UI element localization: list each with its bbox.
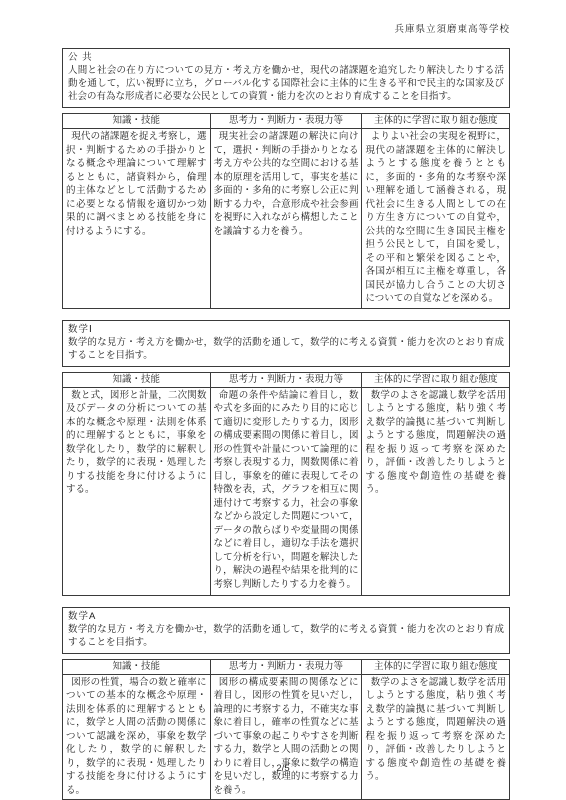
subject-title: 数学A	[68, 610, 504, 623]
cell-knowledge-skills: 数と式，図形と計量，二次関数及びデータの分析についての基本的な概念や原理・法則を…	[63, 387, 211, 595]
column-header-knowledge-skills: 知識・技能	[63, 659, 211, 674]
column-header-thinking-judgment-expression: 思考力・判断力・表現力等	[210, 659, 362, 674]
subject-title: 公 共	[68, 51, 504, 64]
table-row: 現代の諸課題を捉え考察し，選択・判断するための手掛かりとなる概念や理論について理…	[63, 129, 510, 309]
column-header-knowledge-skills: 知識・技能	[63, 114, 211, 129]
table-header-row: 知識・技能 思考力・判断力・表現力等 主体的に学習に取り組む態度	[63, 114, 510, 129]
page-number: 2/5	[0, 763, 566, 774]
subject-intro-box: 数学A 数学的な見方・考え方を働かせ，数学的活動を通して，数学的に考える資質・能…	[62, 607, 510, 654]
column-header-thinking-judgment-expression: 思考力・判断力・表現力等	[210, 372, 362, 387]
cell-attitude: 数学のよさを認識し数学を活用しようとする態度，粘り強く考え数学的論拠に基づいて判…	[362, 674, 510, 800]
column-header-attitude: 主体的に学習に取り組む態度	[362, 372, 510, 387]
subject-title: 数学Ⅰ	[68, 323, 504, 336]
competency-table: 知識・技能 思考力・判断力・表現力等 主体的に学習に取り組む態度 図形の性質，場…	[62, 659, 510, 800]
school-name: 兵庫県立須磨東高等学校	[62, 24, 510, 36]
column-header-attitude: 主体的に学習に取り組む態度	[362, 114, 510, 129]
document-page: 兵庫県立須磨東高等学校 公 共 人間と社会の在り方についての見方・考え方を働かせ…	[0, 0, 566, 800]
subject-intro: 人間と社会の在り方についての見方・考え方を働かせ，現代の諸課題を追究したり解決し…	[68, 64, 504, 103]
subject-intro: 数学的な見方・考え方を働かせ，数学的活動を通して，数学的に考える資質・能力を次の…	[68, 336, 504, 362]
table-header-row: 知識・技能 思考力・判断力・表現力等 主体的に学習に取り組む態度	[63, 659, 510, 674]
subject-section-civics: 公 共 人間と社会の在り方についての見方・考え方を働かせ，現代の諸課題を追究した…	[62, 48, 510, 309]
cell-knowledge-skills: 図形の性質，場合の数と確率についての基本的な概念や原理・法則を体系的に理解すると…	[63, 674, 211, 800]
cell-thinking-judgment-expression: 命題の条件や結論に着目し，数や式を多面的にみたり目的に応じて適切に変形したりする…	[210, 387, 362, 595]
cell-knowledge-skills: 現代の諸課題を捉え考察し，選択・判断するための手掛かりとなる概念や理論について理…	[63, 129, 211, 309]
subject-intro: 数学的な見方・考え方を働かせ，数学的活動を通して，数学的に考える資質・能力を次の…	[68, 623, 504, 649]
competency-table: 知識・技能 思考力・判断力・表現力等 主体的に学習に取り組む態度 現代の諸課題を…	[62, 113, 510, 309]
cell-thinking-judgment-expression: 現実社会の諸課題の解決に向けて，選択・判断の手掛かりとなる考え方や公共的な空間に…	[210, 129, 362, 309]
subject-section-math1: 数学Ⅰ 数学的な見方・考え方を働かせ，数学的活動を通して，数学的に考える資質・能…	[62, 320, 510, 596]
table-header-row: 知識・技能 思考力・判断力・表現力等 主体的に学習に取り組む態度	[63, 372, 510, 387]
subject-intro-box: 数学Ⅰ 数学的な見方・考え方を働かせ，数学的活動を通して，数学的に考える資質・能…	[62, 320, 510, 367]
competency-table: 知識・技能 思考力・判断力・表現力等 主体的に学習に取り組む態度 数と式，図形と…	[62, 372, 510, 596]
table-row: 数と式，図形と計量，二次関数及びデータの分析についての基本的な概念や原理・法則を…	[63, 387, 510, 595]
cell-attitude: 数学のよさを認識し数学を活用しようとする態度，粘り強く考え数学的論拠に基づいて判…	[362, 387, 510, 595]
cell-attitude: よりよい社会の実現を視野に，現代の諸課題を主体的に解決しようとする態度を養うとと…	[362, 129, 510, 309]
column-header-knowledge-skills: 知識・技能	[63, 372, 211, 387]
subject-intro-box: 公 共 人間と社会の在り方についての見方・考え方を働かせ，現代の諸課題を追究した…	[62, 48, 510, 108]
cell-thinking-judgment-expression: 図形の構成要素間の関係などに着目し，図形の性質を見いだし，論理的に考察する力，不…	[210, 674, 362, 800]
table-row: 図形の性質，場合の数と確率についての基本的な概念や原理・法則を体系的に理解すると…	[63, 674, 510, 800]
column-header-thinking-judgment-expression: 思考力・判断力・表現力等	[210, 114, 362, 129]
column-header-attitude: 主体的に学習に取り組む態度	[362, 659, 510, 674]
